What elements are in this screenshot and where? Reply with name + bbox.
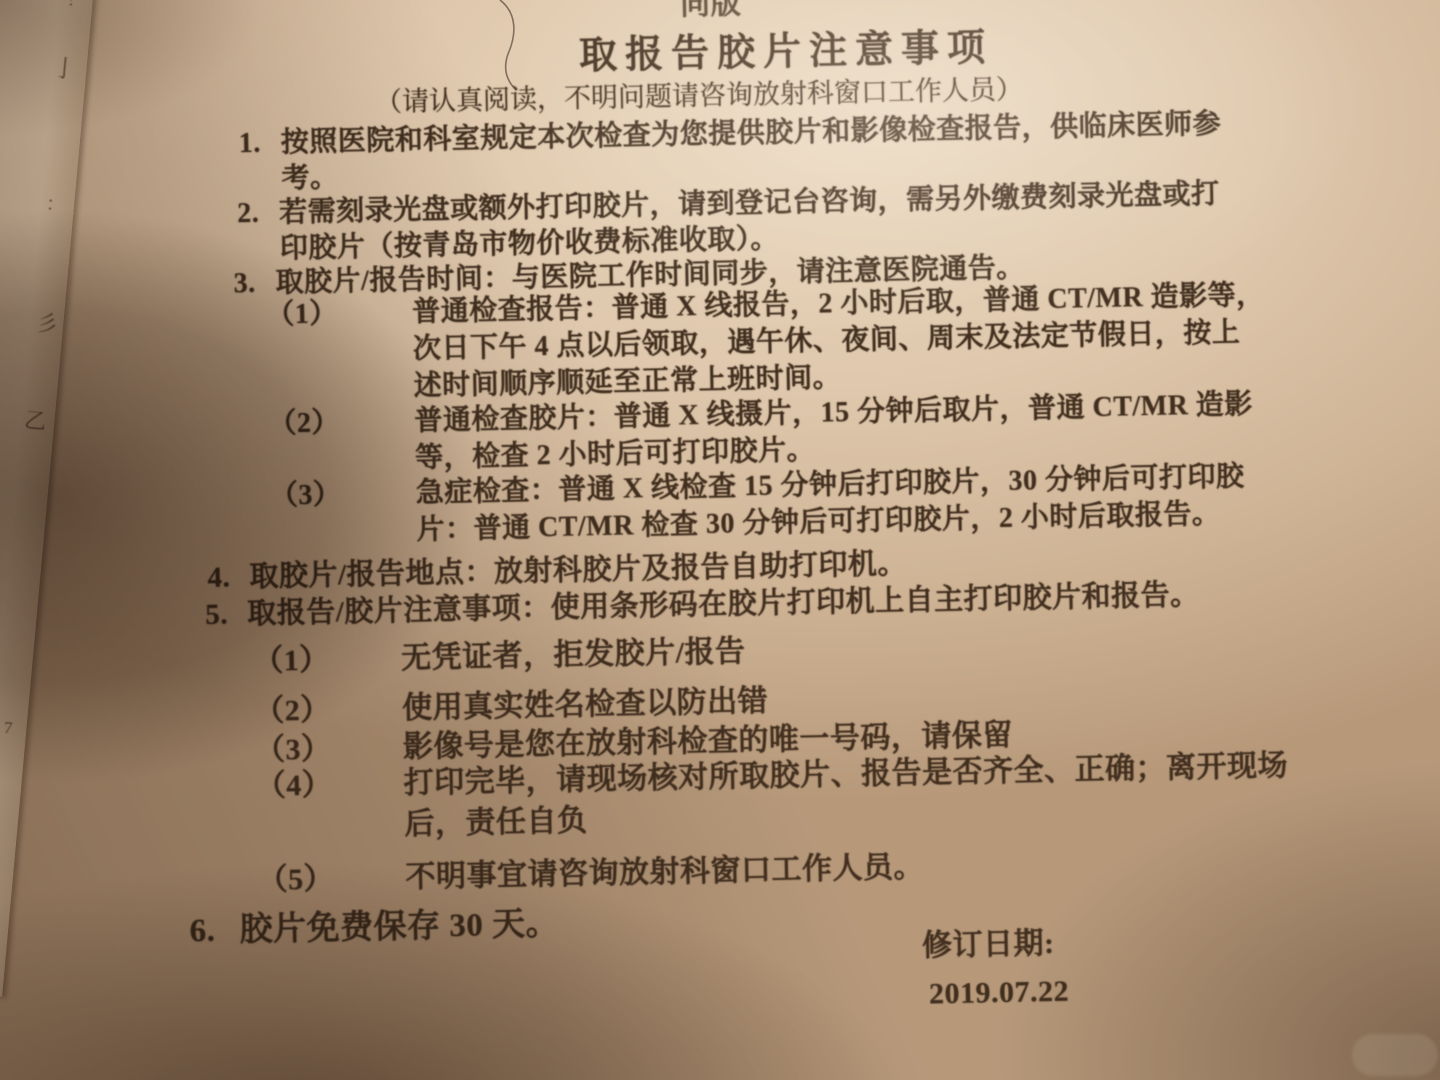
item-text-line: 胶片免费保存 30 天。: [239, 902, 559, 952]
margin-text-fragment: ！: [66, 0, 87, 10]
subitem-number: （2）: [268, 403, 415, 443]
margin-text-fragment: ：: [45, 195, 66, 216]
margin-text-fragment: 7: [3, 719, 13, 737]
revision-date: 2019.07.22: [923, 961, 1381, 1018]
margin-text-fragment: 乙: [23, 410, 47, 434]
item-text-line: 不明事宜请咨询放射科窗口工作人员。: [405, 847, 924, 898]
margin-text-fragment: 彡: [35, 312, 59, 336]
item-text-line: 无凭证者，拒发胶片/报告: [401, 631, 746, 679]
subitem-number: （2）: [254, 688, 403, 732]
faint-watermark: [1352, 1034, 1438, 1076]
subitem-number: （4）: [255, 763, 404, 807]
subitem-number: （1）: [253, 638, 402, 682]
revision-block: 修订日期: 2019.07.22: [922, 913, 1381, 1018]
underlying-paper-edge: ！ 亅 ： 彡 乙 7: [0, 0, 94, 997]
item-number: 2.: [237, 195, 280, 232]
margin-text-fragment: 亅: [51, 57, 77, 83]
item-number: 4.: [207, 559, 250, 597]
item-number: 6.: [189, 908, 240, 953]
subitem-number: （1）: [266, 294, 413, 334]
notice-document: 同版 取报告胶片注意事项 （请认真阅读，不明问题请咨询放射科窗口工作人员） 1.…: [140, 4, 1380, 1034]
item-number: 1.: [238, 125, 281, 162]
header-fragment: 同版: [680, 0, 742, 23]
subitem-number: （3）: [270, 475, 417, 515]
subitem-number: （5）: [257, 857, 406, 901]
item-number: 5.: [205, 596, 248, 634]
photographed-notice: ！ 亅 ： 彡 乙 7 同版 取报告胶片注意事项 （请认真阅读，不明问题请咨询放…: [0, 0, 1440, 1080]
